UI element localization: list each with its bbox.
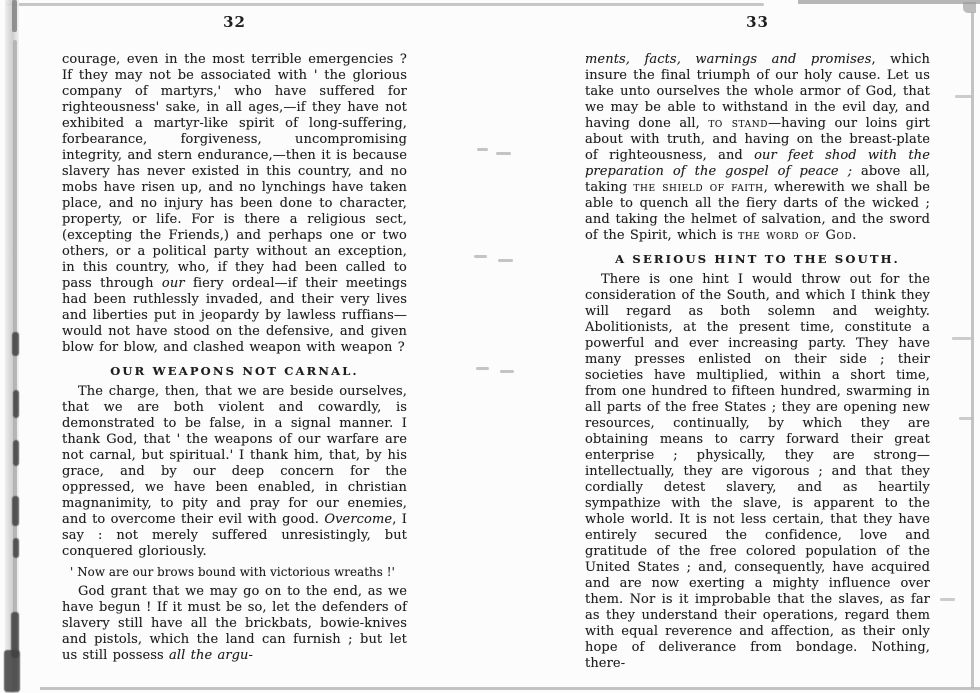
scan-edge-top-left-segment	[6, 3, 764, 6]
scan-edge-tick	[955, 95, 972, 98]
scan-edge-tick	[952, 337, 971, 340]
scan-binding-top-mark	[12, 0, 17, 32]
page-number-right: 33	[585, 14, 930, 30]
scan-smudge	[12, 496, 19, 526]
scan-edge-right-line	[971, 12, 974, 688]
text-run-sc: to stand	[708, 116, 768, 131]
scan-smudge	[13, 538, 19, 558]
scan-smudge	[12, 332, 19, 356]
scan-edge-tick	[940, 598, 955, 601]
scan-binding-streak	[13, 40, 17, 690]
body-paragraph: There is one hint I would throw out for …	[585, 272, 930, 672]
text-run-i: all the argu-	[169, 648, 253, 663]
scan-binding-shadow	[5, 0, 19, 693]
book-scan: 32 courage, even in the most terrible em…	[0, 0, 980, 693]
gutter-speck	[476, 367, 489, 370]
body-paragraph: courage, even in the most terrible emerg…	[62, 52, 407, 356]
scan-edge-tick	[959, 417, 973, 420]
text-run-i: our	[162, 276, 185, 291]
text-run: .	[852, 228, 856, 243]
section-heading: OUR WEAPONS NOT CARNAL.	[62, 364, 407, 379]
scan-edge-bottom-line	[40, 687, 980, 690]
scan-smudge	[13, 390, 19, 418]
section-heading: A SERIOUS HINT TO THE SOUTH.	[585, 252, 930, 267]
gutter-speck	[496, 152, 511, 155]
gutter-speck	[477, 148, 488, 151]
text-run: There is one hint I would throw out for …	[585, 272, 930, 671]
gutter-speck	[500, 370, 514, 373]
page-right: 33 ments, facts, warnings and promises, …	[585, 14, 930, 672]
scan-smudge	[13, 440, 19, 466]
text-run-sc: the word of God	[738, 228, 852, 243]
body-paragraph: The charge, then, that we are beside our…	[62, 384, 407, 560]
gutter-speck	[498, 259, 513, 262]
text-run-i: Overcome	[324, 512, 392, 527]
text-run-i: ments, facts, warnings and promises	[585, 52, 872, 67]
scan-corner-smudge	[4, 650, 20, 692]
scan-edge-top-right-segment	[798, 0, 980, 4]
text-run: courage, even in the most terrible emerg…	[62, 52, 407, 291]
page-number-left: 32	[62, 14, 407, 30]
body-paragraph: ments, facts, warnings and promises, whi…	[585, 52, 930, 244]
page-left: 32 courage, even in the most terrible em…	[62, 14, 407, 664]
text-run: The charge, then, that we are beside our…	[62, 384, 407, 527]
gutter-speck	[474, 255, 487, 258]
verse-quote: ' Now are our brows bound with victoriou…	[70, 565, 407, 580]
body-paragraph: God grant that we may go on to the end, …	[62, 584, 407, 664]
scan-edge-top-right-corner	[963, 2, 976, 13]
scan-smudge	[11, 612, 19, 658]
text-run-sc: the shield of faith	[633, 180, 763, 195]
